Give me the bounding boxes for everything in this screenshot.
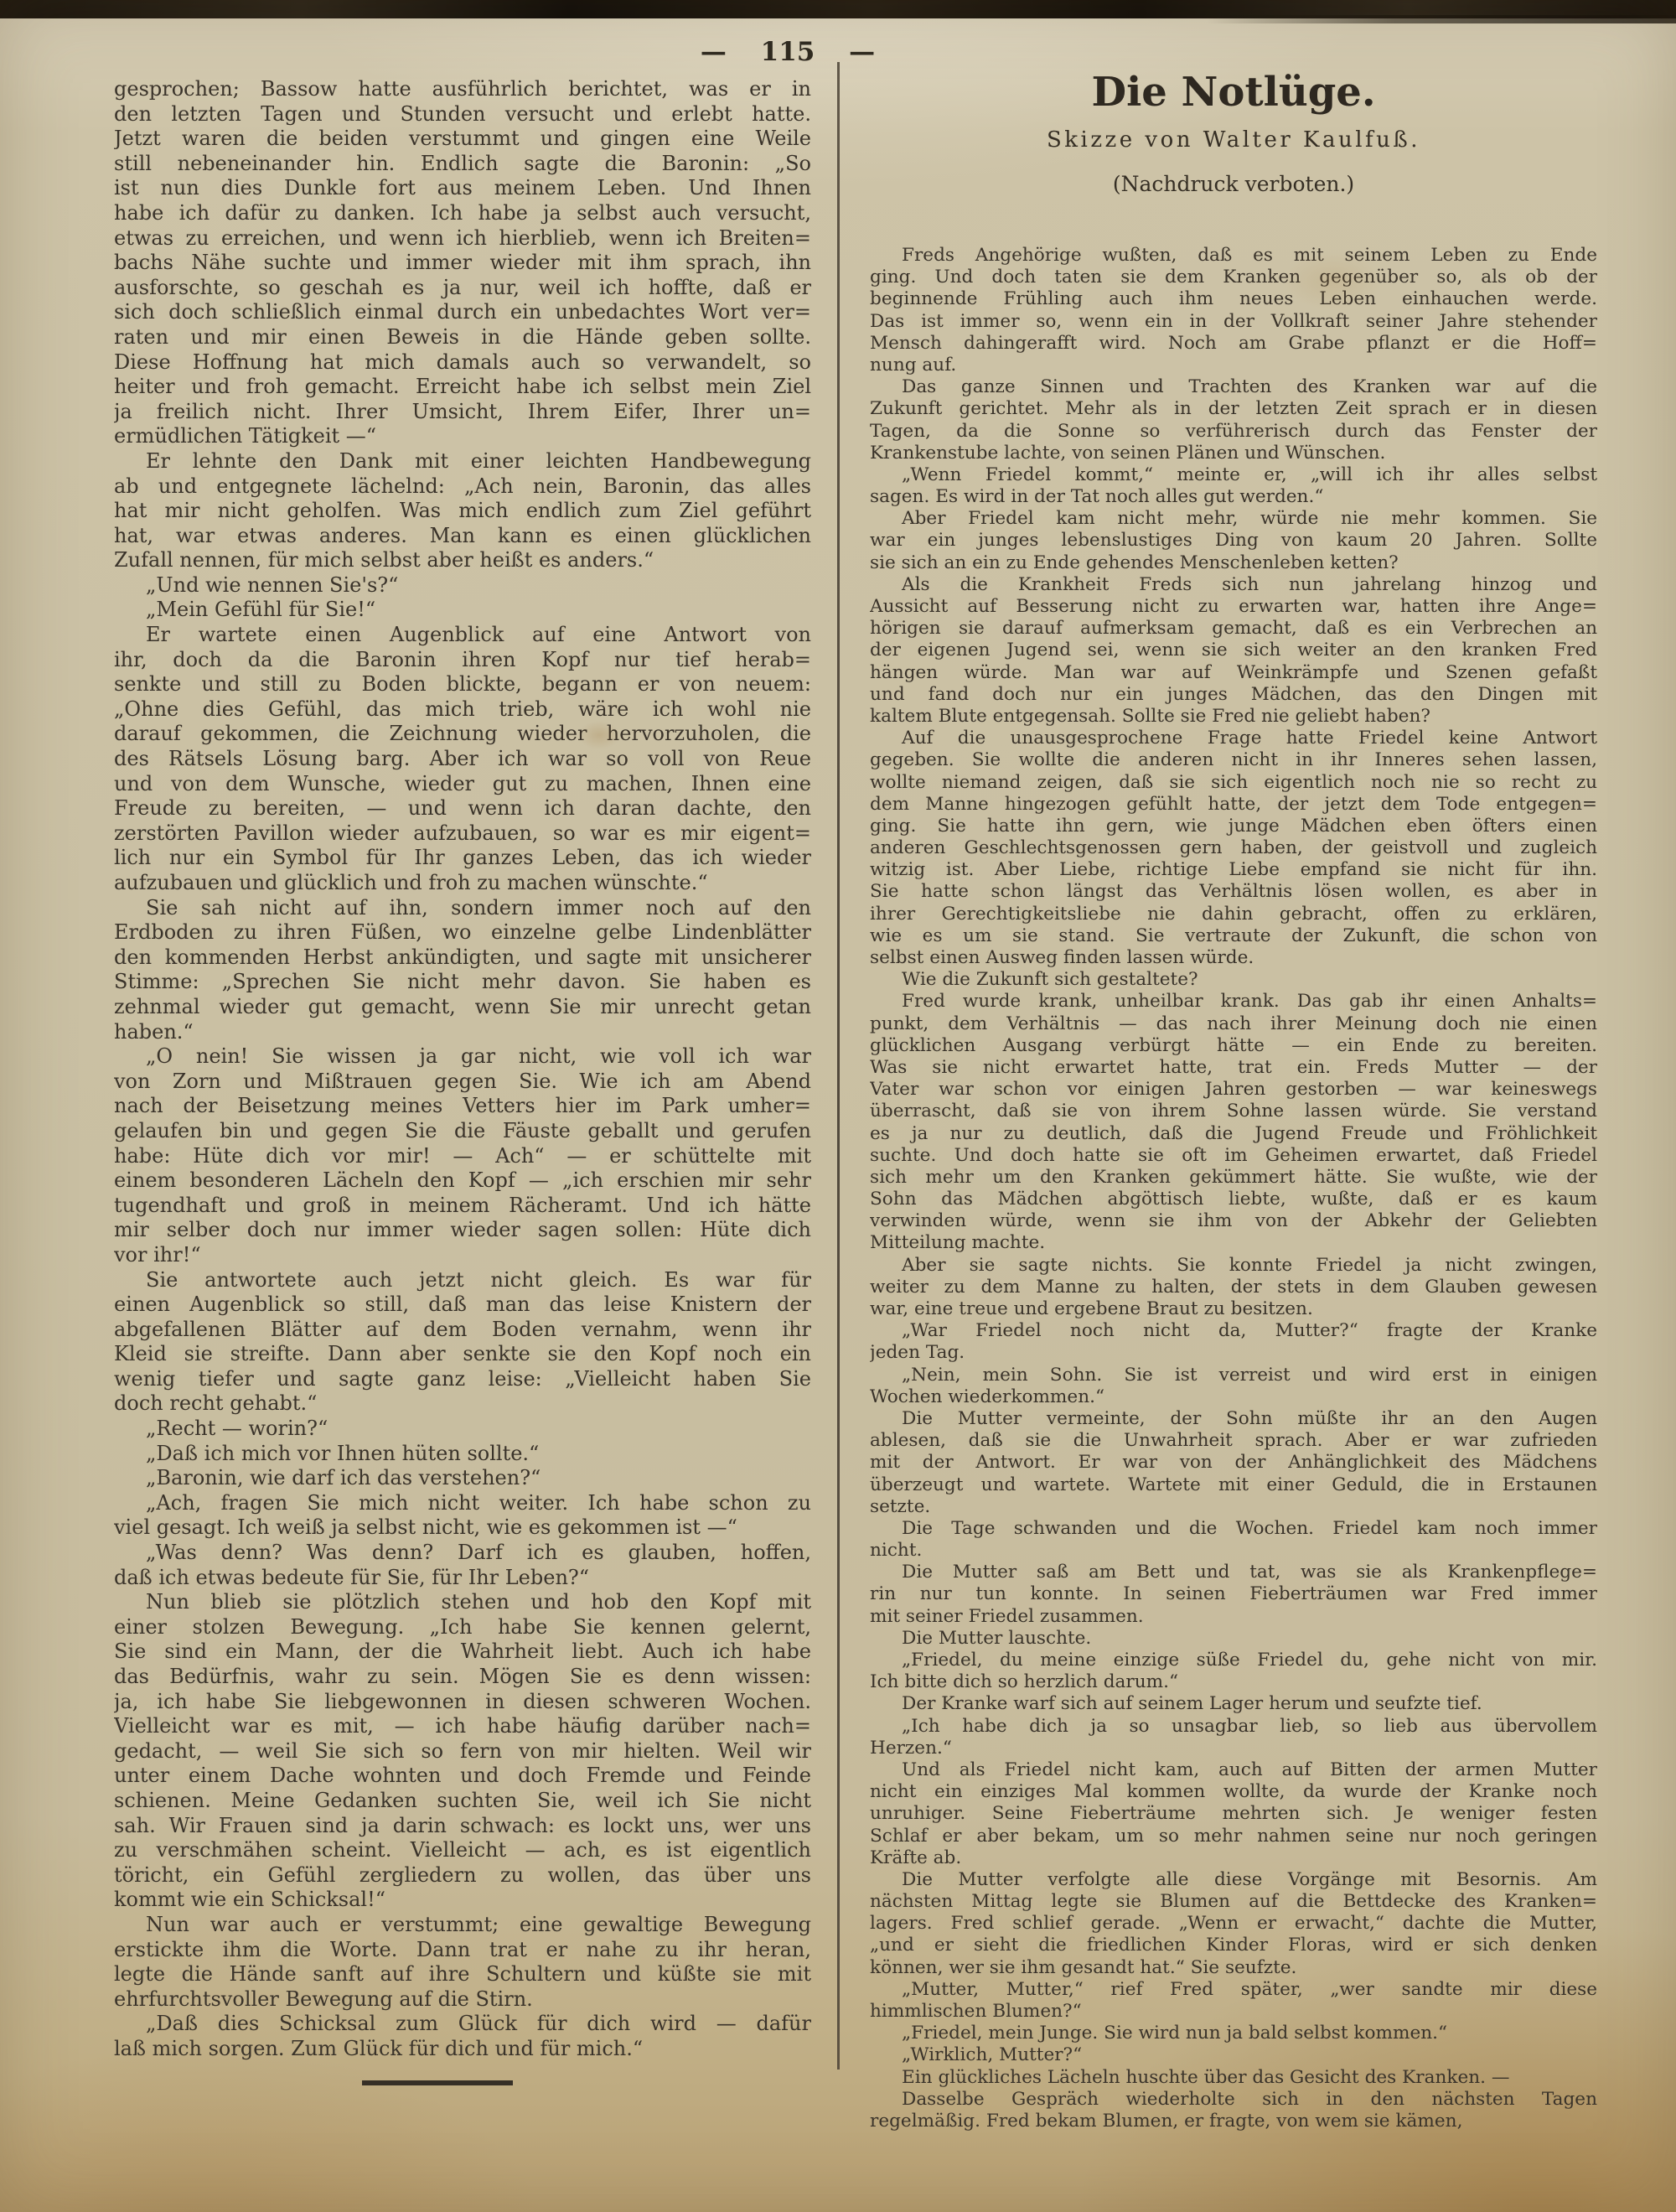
paragraph: Die Tage schwanden und die Wochen. Fried… — [870, 1518, 1597, 1562]
text-line: Herzen.“ — [870, 1738, 1597, 1759]
text-line: „O nein! Sie wissen ja gar nicht, wie vo… — [114, 1044, 811, 1070]
text-line: ab und entgegnete lächelnd: „Ach nein, B… — [114, 474, 811, 500]
text-line: hörigen sie darauf aufmerksam gemacht, d… — [870, 618, 1597, 640]
text-line: Der Kranke warf sich auf seinem Lager he… — [870, 1693, 1597, 1715]
text-line: Dasselbe Gespräch wiederholte sich in de… — [870, 2089, 1597, 2111]
paragraph: Fred wurde krank, unheilbar krank. Das g… — [870, 991, 1597, 1254]
text-line: ist nun dies Dunkle fort aus meinem Lebe… — [114, 176, 811, 201]
story-end-rule — [362, 2080, 513, 2085]
text-line: sich mehr um den Kranken gekümmert hätte… — [870, 1167, 1597, 1189]
text-line: Ich bitte dich so herzlich darum.“ — [870, 1671, 1597, 1693]
text-line: verwinden würde, wenn sie ihm von der Ab… — [870, 1210, 1597, 1232]
text-line: Er wartete einen Augenblick auf eine Ant… — [114, 623, 811, 648]
text-line: mir selber doch nur immer wieder sagen s… — [114, 1218, 811, 1243]
paragraph: Aber Friedel kam nicht mehr, würde nie m… — [870, 508, 1597, 574]
article-byline: Skizze von Walter Kaulfuß. — [870, 127, 1597, 153]
text-line: still nebeneinander hin. Endlich sagte d… — [114, 152, 811, 177]
paragraph: Er lehnte den Dank mit einer leichten Ha… — [114, 449, 811, 573]
text-line: lagers. Fred schlief gerade. „Wenn er er… — [870, 1913, 1597, 1935]
scan-top-edge-shadow — [1207, 15, 1676, 23]
text-line: Vater war schon vor einigen Jahren gesto… — [870, 1079, 1597, 1101]
paragraph: Der Kranke warf sich auf seinem Lager he… — [870, 1693, 1597, 1715]
text-line: doch recht gehabt.“ — [114, 1391, 811, 1417]
paragraph: „Wenn Friedel kommt,“ meinte er, „will i… — [870, 464, 1597, 508]
paragraph: Wie die Zukunft sich gestaltete? — [870, 969, 1597, 991]
page-number: — 115 — — [0, 37, 1575, 67]
text-line: weiter zu dem Manne zu halten, der stets… — [870, 1277, 1597, 1298]
right-column-body: Freds Angehörige wußten, daß es mit sein… — [870, 245, 1597, 2132]
text-line: einem besonderen Lächeln den Kopf — „ich… — [114, 1168, 811, 1194]
text-line: mit der Antwort. Er war von der Anhängli… — [870, 1452, 1597, 1474]
text-line: selbst einen Ausweg finden lassen würde. — [870, 947, 1597, 969]
paragraph: Ein glückliches Lächeln huschte über das… — [870, 2067, 1597, 2089]
text-line: des Rätsels Lösung barg. Aber ich war so… — [114, 747, 811, 772]
text-line: nach der Beisetzung meines Vetters hier … — [114, 1094, 811, 1119]
text-line: sich doch schließlich einmal durch ein u… — [114, 300, 811, 325]
paragraph: Als die Krankheit Freds sich nun jahrela… — [870, 574, 1597, 728]
text-line: „Recht — worin?“ — [114, 1417, 811, 1442]
text-line: dem Manne hingezogen gefühlt hatte, der … — [870, 794, 1597, 816]
text-line: „Was denn? Was denn? Darf ich es glauben… — [114, 1541, 811, 1566]
text-line: einen Augenblick so still, daß man das l… — [114, 1292, 811, 1318]
paragraph: Auf die unausgesprochene Frage hatte Fri… — [870, 728, 1597, 969]
paragraph: „Mutter, Mutter,“ rief Fred später, „wer… — [870, 1979, 1597, 2023]
text-line: und fand doch nur ein junges Mädchen, da… — [870, 684, 1597, 706]
text-line: können, wer sie ihm gesandt hat.“ Sie se… — [870, 1957, 1597, 1979]
text-line: „Und wie nennen Sie's?“ — [114, 573, 811, 598]
paragraph: Sie sah nicht auf ihn, sondern immer noc… — [114, 896, 811, 1045]
text-line: habe ich dafür zu danken. Ich habe ja se… — [114, 201, 811, 226]
text-line: heiter und froh gemacht. Erreicht habe i… — [114, 375, 811, 400]
text-line: rin nur tun konnte. In seinen Fieberträu… — [870, 1583, 1597, 1605]
text-line: unter einem Dache wohnten und doch Fremd… — [114, 1764, 811, 1789]
text-line: „Friedel, mein Junge. Sie wird nun ja ba… — [870, 2023, 1597, 2044]
paragraph: Die Mutter vermeinte, der Sohn müßte ihr… — [870, 1408, 1597, 1518]
text-line: Stimme: „Sprechen Sie nicht mehr davon. … — [114, 970, 811, 995]
text-line: ja, ich habe Sie liebgewonnen in diesen … — [114, 1690, 811, 1715]
text-line: anderen Geschlechtsgenossen gern haben, … — [870, 837, 1597, 859]
paragraph: „O nein! Sie wissen ja gar nicht, wie vo… — [114, 1044, 811, 1267]
text-line: Nun war auch er verstummt; eine gewaltig… — [114, 1913, 811, 1938]
text-line: Zufall nennen, für mich selbst aber heiß… — [114, 548, 811, 573]
text-line: habe: Hüte dich vor mir! — Ach“ — er sch… — [114, 1144, 811, 1169]
text-line: erstickte ihm die Worte. Dann trat er na… — [114, 1938, 811, 1963]
text-line: einer stolzen Bewegung. „Ich habe Sie ke… — [114, 1615, 811, 1640]
text-line: Freude zu bereiten, — und wenn ich daran… — [114, 796, 811, 821]
right-column: Die Notlüge. Skizze von Walter Kaulfuß. … — [870, 70, 1597, 2132]
article-reprint-notice: (Nachdruck verboten.) — [870, 173, 1597, 196]
text-line: war, eine treue und ergebene Braut zu be… — [870, 1298, 1597, 1320]
paper-stain — [578, 721, 620, 749]
text-line: viel gesagt. Ich weiß ja selbst nicht, w… — [114, 1515, 811, 1541]
text-line: von Zorn und Mißtrauen gegen Sie. Wie ic… — [114, 1070, 811, 1095]
text-line: gegeben. Sie wollte die anderen nicht in… — [870, 749, 1597, 771]
text-line: und von dem Wunsche, wieder gut zu mache… — [114, 772, 811, 797]
paragraph: Das ganze Sinnen und Trachten des Kranke… — [870, 376, 1597, 464]
text-line: hat mir nicht geholfen. Was mich endlich… — [114, 499, 811, 524]
text-line: Auf die unausgesprochene Frage hatte Fri… — [870, 728, 1597, 749]
text-line: Kräfte ab. — [870, 1847, 1597, 1869]
text-line: Sohn das Mädchen abgöttisch liebte, wußt… — [870, 1189, 1597, 1210]
text-line: Das ist immer so, wenn ein in der Vollkr… — [870, 311, 1597, 333]
text-line: Was sie nicht erwartet hatte, trat ein. … — [870, 1057, 1597, 1079]
text-line: „Ach, fragen Sie mich nicht weiter. Ich … — [114, 1491, 811, 1516]
text-line: ihr, doch da die Baronin ihren Kopf nur … — [114, 648, 811, 673]
text-line: bachs Nähe suchte und immer wieder mit i… — [114, 251, 811, 276]
text-line: wenig tiefer und sagte ganz leise: „Viel… — [114, 1367, 811, 1392]
text-line: wie es um sie stand. Sie vertraute der Z… — [870, 925, 1597, 947]
text-line: sie sich an ein zu Ende gehendes Mensche… — [870, 552, 1597, 574]
text-line: den kommenden Herbst ankündigten, und sa… — [114, 945, 811, 971]
text-line: Das ganze Sinnen und Trachten des Kranke… — [870, 376, 1597, 398]
text-line: legte die Hände sanft auf ihre Schultern… — [114, 1962, 811, 1987]
text-line: Und als Friedel nicht kam, auch auf Bitt… — [870, 1759, 1597, 1781]
text-line: überzeugt und wartete. Wartete mit einer… — [870, 1474, 1597, 1496]
paragraph: „Daß ich mich vor Ihnen hüten sollte.“ — [114, 1442, 811, 1467]
text-line: setzte. — [870, 1496, 1597, 1518]
paragraph: „Was denn? Was denn? Darf ich es glauben… — [114, 1541, 811, 1590]
column-divider-rule — [837, 62, 840, 2070]
text-line: laß mich sorgen. Zum Glück für dich und … — [114, 2037, 811, 2062]
text-line: sagen. Es wird in der Tat noch alles gut… — [870, 486, 1597, 508]
paragraph: Nun blieb sie plötzlich stehen und hob d… — [114, 1590, 811, 1913]
text-line: zu verschmähen scheint. Vielleicht — ach… — [114, 1838, 811, 1863]
paragraph: Die Mutter lauschte. — [870, 1628, 1597, 1650]
text-line: unruhiger. Seine Fieberträume mehrten si… — [870, 1803, 1597, 1825]
text-line: „Daß dies Schicksal zum Glück für dich w… — [114, 2012, 811, 2037]
text-line: Schlaf er aber bekam, um so mehr nahmen … — [870, 1826, 1597, 1847]
text-line: Jetzt waren die beiden verstummt und gin… — [114, 127, 811, 152]
text-line: hat, war etwas anderes. Man kann es eine… — [114, 524, 811, 549]
paragraph: „Und wie nennen Sie's?“ — [114, 573, 811, 598]
text-line: nung auf. — [870, 355, 1597, 376]
text-line: darauf gekommen, die Zeichnung wieder he… — [114, 722, 811, 747]
text-line: Er lehnte den Dank mit einer leichten Ha… — [114, 449, 811, 474]
text-line: ihrer Gerechtigkeitsliebe nie dahin gebr… — [870, 904, 1597, 925]
text-line: aufzubauen und glücklich und froh zu mac… — [114, 871, 811, 896]
text-line: „und er sieht die friedlichen Kinder Flo… — [870, 1935, 1597, 1956]
text-line: Sie hatte schon längst das Verhältnis lö… — [870, 881, 1597, 903]
text-line: Die Mutter saß am Bett und tat, was sie … — [870, 1562, 1597, 1583]
text-line: zerstörten Pavillon wieder aufzubauen, s… — [114, 821, 811, 847]
text-line: daß ich etwas bedeute für Sie, für Ihr L… — [114, 1566, 811, 1591]
paragraph: „Mein Gefühl für Sie!“ — [114, 598, 811, 623]
text-line: witzig ist. Aber Liebe, richtige Liebe e… — [870, 859, 1597, 881]
text-line: das Bedürfnis, wahr zu sein. Mögen Sie e… — [114, 1665, 811, 1690]
text-line: Zukunft gerichtet. Mehr als in der letzt… — [870, 398, 1597, 420]
left-column: gesprochen; Bassow hatte ausführlich ber… — [114, 77, 811, 2062]
text-line: Nun blieb sie plötzlich stehen und hob d… — [114, 1590, 811, 1615]
paper-stain — [1282, 251, 1383, 310]
paragraph: Und als Friedel nicht kam, auch auf Bitt… — [870, 1759, 1597, 1869]
text-line: glücklichen Ausgang verbürgt hätte — ein… — [870, 1035, 1597, 1057]
paragraph: „Baronin, wie darf ich das verstehen?“ — [114, 1466, 811, 1491]
text-line: Aussicht auf Besserung nicht zu erwarten… — [870, 596, 1597, 618]
text-line: raten und mir einen Beweis in die Hände … — [114, 325, 811, 350]
text-line: abgefallenen Blätter auf dem Boden verna… — [114, 1318, 811, 1343]
text-line: der eigenen Jugend sei, wenn sie sich we… — [870, 640, 1597, 661]
text-line: himmlischen Blumen?“ — [870, 2001, 1597, 2023]
paragraph: Die Mutter verfolgte alle diese Vorgänge… — [870, 1869, 1597, 1979]
paragraph: „Ach, fragen Sie mich nicht weiter. Ich … — [114, 1491, 811, 1541]
text-line: sah. Wir Frauen sind ja darin schwach: e… — [114, 1814, 811, 1839]
text-line: senkte und still zu Boden blickte, began… — [114, 672, 811, 697]
text-line: Mensch dahingerafft wird. Noch am Grabe … — [870, 333, 1597, 355]
text-line: Sie sind ein Mann, der die Wahrheit lieb… — [114, 1640, 811, 1665]
paragraph: Freds Angehörige wußten, daß es mit sein… — [870, 245, 1597, 376]
paragraph: „War Friedel noch nicht da, Mutter?“ fra… — [870, 1320, 1597, 1364]
text-line: Kleid sie streifte. Dann aber senkte sie… — [114, 1342, 811, 1367]
text-line: ablesen, daß sie die Unwahrheit sprach. … — [870, 1430, 1597, 1452]
paragraph: Aber sie sagte nichts. Sie konnte Friede… — [870, 1255, 1597, 1321]
paragraph: „Ich habe dich ja so unsagbar lieb, so l… — [870, 1716, 1597, 1759]
paragraph: „Nein, mein Sohn. Sie ist verreist und w… — [870, 1365, 1597, 1408]
text-line: kaltem Blute entgegensah. Sollte sie Fre… — [870, 706, 1597, 728]
text-line: den letzten Tagen und Stunden versucht u… — [114, 102, 811, 127]
text-line: Aber Friedel kam nicht mehr, würde nie m… — [870, 508, 1597, 530]
text-line: Aber sie sagte nichts. Sie konnte Friede… — [870, 1255, 1597, 1277]
paragraph: „Wirklich, Mutter?“ — [870, 2044, 1597, 2066]
text-line: Sie antwortete auch jetzt nicht gleich. … — [114, 1268, 811, 1293]
paragraph: „Recht — worin?“ — [114, 1417, 811, 1442]
text-line: Erdboden zu ihren Füßen, wo einzelne gel… — [114, 920, 811, 945]
text-line: nicht ein einziges Mal kommen wollte, da… — [870, 1781, 1597, 1803]
paragraph: „Daß dies Schicksal zum Glück für dich w… — [114, 2012, 811, 2061]
text-line: „Wirklich, Mutter?“ — [870, 2044, 1597, 2066]
text-line: beginnende Frühling auch ihm neues Leben… — [870, 288, 1597, 310]
text-line: Vielleicht war es mit, — ich habe häufig… — [114, 1714, 811, 1739]
paragraph: „Friedel, mein Junge. Sie wird nun ja ba… — [870, 2023, 1597, 2044]
text-line: mit seiner Friedel zusammen. — [870, 1606, 1597, 1628]
text-line: Die Tage schwanden und die Wochen. Fried… — [870, 1518, 1597, 1540]
text-line: „Wenn Friedel kommt,“ meinte er, „will i… — [870, 464, 1597, 486]
paragraph: Nun war auch er verstummt; eine gewaltig… — [114, 1913, 811, 2012]
text-line: „Daß ich mich vor Ihnen hüten sollte.“ — [114, 1442, 811, 1467]
paragraph: „Friedel, du meine einzige süße Friedel … — [870, 1650, 1597, 1693]
text-line: Diese Hoffnung hat mich damals auch so v… — [114, 350, 811, 376]
paragraph: Sie antwortete auch jetzt nicht gleich. … — [114, 1268, 811, 1417]
text-line: Wie die Zukunft sich gestaltete? — [870, 969, 1597, 991]
text-line: „Friedel, du meine einzige süße Friedel … — [870, 1650, 1597, 1671]
text-line: gelaufen bin und gegen Sie die Fäuste ge… — [114, 1119, 811, 1144]
text-line: jeden Tag. — [870, 1342, 1597, 1364]
text-line: schienen. Meine Gedanken suchten Sie, we… — [114, 1789, 811, 1814]
text-line: töricht, ein Gefühl zergliedern zu wolle… — [114, 1863, 811, 1888]
text-line: Ein glückliches Lächeln huschte über das… — [870, 2067, 1597, 2089]
text-line: „War Friedel noch nicht da, Mutter?“ fra… — [870, 1320, 1597, 1342]
text-line: Mitteilung machte. — [870, 1232, 1597, 1254]
text-line: hängen würde. Man war auf Weinkrämpfe un… — [870, 662, 1597, 684]
text-line: Sie sah nicht auf ihn, sondern immer noc… — [114, 896, 811, 921]
text-line: war ein junges lebenslustiges Ding von k… — [870, 530, 1597, 552]
text-line: ausforschte, so geschah es ja nur, weil … — [114, 276, 811, 301]
text-line: „Nein, mein Sohn. Sie ist verreist und w… — [870, 1365, 1597, 1386]
text-line: „Ohne dies Gefühl, das mich trieb, wäre … — [114, 697, 811, 723]
text-line: vor ihr!“ — [114, 1243, 811, 1268]
text-line: Wochen wiederkommen.“ — [870, 1386, 1597, 1408]
text-line: ehrfurchtsvoller Bewegung auf die Stirn. — [114, 1987, 811, 2013]
text-line: Fred wurde krank, unheilbar krank. Das g… — [870, 991, 1597, 1013]
text-line: Freds Angehörige wußten, daß es mit sein… — [870, 245, 1597, 267]
text-line: „Ich habe dich ja so unsagbar lieb, so l… — [870, 1716, 1597, 1738]
text-line: „Mein Gefühl für Sie!“ — [114, 598, 811, 623]
paragraph: Er wartete einen Augenblick auf eine Ant… — [114, 623, 811, 896]
text-line: kommt wie ein Schicksal!“ — [114, 1888, 811, 1913]
text-line: Krankenstube lachte, von seinen Plänen u… — [870, 443, 1597, 464]
text-line: ging. Sie hatte ihn gern, wie junge Mädc… — [870, 816, 1597, 837]
text-line: ja freilich nicht. Ihrer Umsicht, Ihrem … — [114, 400, 811, 425]
text-line: haben.“ — [114, 1020, 811, 1045]
text-line: „Mutter, Mutter,“ rief Fred später, „wer… — [870, 1979, 1597, 2001]
text-line: es ja nur zu deutlich, daß die Jugend Fr… — [870, 1123, 1597, 1145]
text-line: Die Mutter verfolgte alle diese Vorgänge… — [870, 1869, 1597, 1891]
text-line: gedacht, — weil Sie sich so fern von mir… — [114, 1739, 811, 1764]
text-line: zehnmal wieder gut gemacht, wenn Sie mir… — [114, 995, 811, 1020]
text-line: gesprochen; Bassow hatte ausführlich ber… — [114, 77, 811, 102]
text-line: nicht. — [870, 1540, 1597, 1562]
text-line: suchte. Und doch hatte sie oft im Geheim… — [870, 1145, 1597, 1167]
text-line: Als die Krankheit Freds sich nun jahrela… — [870, 574, 1597, 596]
text-line: punkt, dem Verhältnis — das nach ihrer M… — [870, 1013, 1597, 1035]
text-line: „Baronin, wie darf ich das verstehen?“ — [114, 1466, 811, 1491]
text-line: Die Mutter vermeinte, der Sohn müßte ihr… — [870, 1408, 1597, 1430]
article-title: Die Notlüge. — [870, 70, 1597, 114]
text-line: ging. Und doch taten sie dem Kranken geg… — [870, 267, 1597, 288]
paragraph: Die Mutter saß am Bett und tat, was sie … — [870, 1562, 1597, 1628]
paragraph: gesprochen; Bassow hatte ausführlich ber… — [114, 77, 811, 449]
text-line: etwas zu erreichen, und wenn ich hierbli… — [114, 226, 811, 251]
text-line: wollte niemand zeigen, daß sie sich eige… — [870, 772, 1597, 794]
text-line: lich nur ein Symbol für Ihr ganzes Leben… — [114, 846, 811, 871]
text-line: nächsten Mittag legte sie Blumen auf die… — [870, 1891, 1597, 1913]
text-line: regelmäßig. Fred bekam Blumen, er fragte… — [870, 2111, 1597, 2132]
text-line: Tagen, da die Sonne so verführerisch dur… — [870, 421, 1597, 443]
text-line: ermüdlichen Tätigkeit —“ — [114, 424, 811, 449]
text-line: Die Mutter lauschte. — [870, 1628, 1597, 1650]
text-line: überrascht, daß sie von ihrem Sohne lass… — [870, 1101, 1597, 1122]
text-line: tugendhaft und groß in meinem Rächeramt.… — [114, 1194, 811, 1219]
paragraph: Dasselbe Gespräch wiederholte sich in de… — [870, 2089, 1597, 2132]
